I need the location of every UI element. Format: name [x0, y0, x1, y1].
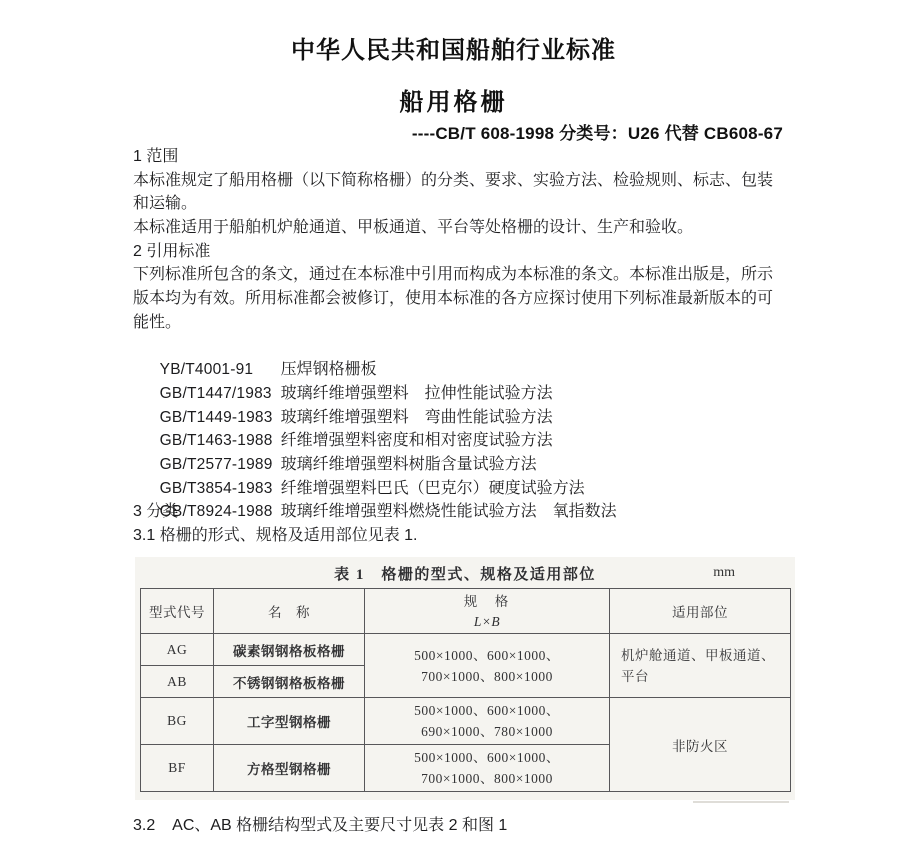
- header-spec-title: 规 格: [369, 592, 605, 612]
- reference-title: 纤维增强塑料巴氏（巴克尔）硬度试验方法: [281, 480, 585, 497]
- cell-name-ag: 碳素钢钢格板格栅: [214, 634, 365, 666]
- header-cell-type-code: 型式代号: [141, 589, 214, 634]
- standard-reference-line: ----CB/T 608-1998 分类号：U26 代替 CB608-67: [412, 119, 783, 144]
- reference-title: 玻璃纤维增强塑料树脂含量试验方法: [281, 456, 537, 473]
- section-1-paragraph-line: 本标准规定了船用格栅（以下简称格栅）的分类、要求、实验方法、检验规则、标志、包装: [133, 169, 791, 193]
- reference-code: GB/T2577-1989: [160, 453, 281, 477]
- section-2-heading: 2 引用标准: [133, 240, 791, 264]
- table-row-ag: AG 碳素钢钢格板格栅 500×1000、600×1000、 700×1000、…: [141, 634, 791, 666]
- table-1-scan-region: 表 1 格栅的型式、规格及适用部位 mm 型式代号 名 称 规 格 L×B 适用…: [135, 557, 795, 800]
- section-1-paragraph-line: 本标准适用于船舶机炉舱通道、甲板通道、平台等处格栅的设计、生产和验收。: [133, 216, 791, 240]
- cell-code-ab: AB: [141, 666, 214, 698]
- section-1-heading: 1 范围: [133, 145, 791, 169]
- spec-line: 500×1000、600×1000、: [369, 747, 605, 768]
- header-spec-formula: L×B: [369, 612, 605, 631]
- document-title: 中华人民共和国船舶行业标准: [0, 30, 907, 65]
- reference-code: YB/T4001-91: [160, 358, 281, 382]
- section-2-paragraph-line: 版本均为有效。所用标准都会被修订，使用本标准的各方应探讨使用下列标准最新版本的可: [133, 287, 791, 311]
- spec-line: 500×1000、600×1000、: [369, 700, 605, 721]
- cell-code-bg: BG: [141, 698, 214, 745]
- section-3-2-line: 3.2 AC、AB 格栅结构型式及主要尺寸见表 2 和图 1: [133, 812, 507, 835]
- document-page: 中华人民共和国船舶行业标准 船用格栅 ----CB/T 608-1998 分类号…: [0, 0, 907, 855]
- spec-line: 700×1000、800×1000: [369, 666, 605, 687]
- cell-code-bf: BF: [141, 745, 214, 792]
- reference-code: GB/T3854-1983: [160, 477, 281, 501]
- table-row-bg: BG 工字型钢格栅 500×1000、600×1000、 690×1000、78…: [141, 698, 791, 745]
- table-1-unit-label: mm: [713, 565, 735, 581]
- cell-location-bg-bf: 非防火区: [610, 698, 791, 792]
- spec-line: 690×1000、780×1000: [369, 721, 605, 742]
- reference-title: 压焊钢格栅板: [281, 361, 377, 378]
- cell-spec-bf: 500×1000、600×1000、 700×1000、800×1000: [365, 745, 610, 792]
- cell-name-bg: 工字型钢格栅: [214, 698, 365, 745]
- location-line: 平台: [621, 666, 786, 687]
- document-body: 1 范围 本标准规定了船用格栅（以下简称格栅）的分类、要求、实验方法、检验规则、…: [133, 145, 791, 548]
- section-2-paragraph-line: 下列标准所包含的条文，通过在本标准中引用而构成为本标准的条文。本标准出版是，所示: [133, 263, 791, 287]
- cell-spec-ag-ab: 500×1000、600×1000、 700×1000、800×1000: [365, 634, 610, 698]
- reference-title: 纤维增强塑料密度和相对密度试验方法: [281, 432, 553, 449]
- scan-edge-artifact: [693, 801, 789, 803]
- section-1-paragraph-line: 和运输。: [133, 192, 791, 216]
- reference-item: YB/T4001-91压焊钢格栅板: [133, 335, 791, 359]
- reference-code: GB/T1449-1983: [160, 406, 281, 430]
- spec-line: 500×1000、600×1000、: [369, 645, 605, 666]
- header-cell-name: 名 称: [214, 589, 365, 634]
- reference-code: GB/T1463-1988: [160, 429, 281, 453]
- table-header-row: 型式代号 名 称 规 格 L×B 适用部位: [141, 589, 791, 634]
- reference-title: 玻璃纤维增强塑料 拉伸性能试验方法: [281, 385, 553, 402]
- cell-spec-bg: 500×1000、600×1000、 690×1000、780×1000: [365, 698, 610, 745]
- cell-code-ag: AG: [141, 634, 214, 666]
- cell-name-bf: 方格型钢格栅: [214, 745, 365, 792]
- header-cell-spec: 规 格 L×B: [365, 589, 610, 634]
- reference-title: 玻璃纤维增强塑料燃烧性能试验方法 氧指数法: [281, 503, 617, 520]
- spec-line: 700×1000、800×1000: [369, 768, 605, 789]
- section-3-1-line: 3.1 格栅的形式、规格及适用部位见表 1.: [133, 524, 791, 548]
- table-1-caption: 表 1 格栅的型式、规格及适用部位: [135, 563, 795, 584]
- header-cell-location: 适用部位: [610, 589, 791, 634]
- location-line: 机炉舱通道、甲板通道、: [621, 645, 786, 666]
- document-subtitle: 船用格栅: [0, 82, 907, 117]
- cell-name-ab: 不锈钢钢格板格栅: [214, 666, 365, 698]
- reference-title: 玻璃纤维增强塑料 弯曲性能试验方法: [281, 409, 553, 426]
- reference-code: GB/T1447/1983: [160, 382, 281, 406]
- table-1: 型式代号 名 称 规 格 L×B 适用部位 AG 碳素钢钢格板格栅 500×10…: [140, 588, 791, 792]
- cell-location-ag-ab: 机炉舱通道、甲板通道、 平台: [610, 634, 791, 698]
- section-2-paragraph-line: 能性。: [133, 311, 791, 335]
